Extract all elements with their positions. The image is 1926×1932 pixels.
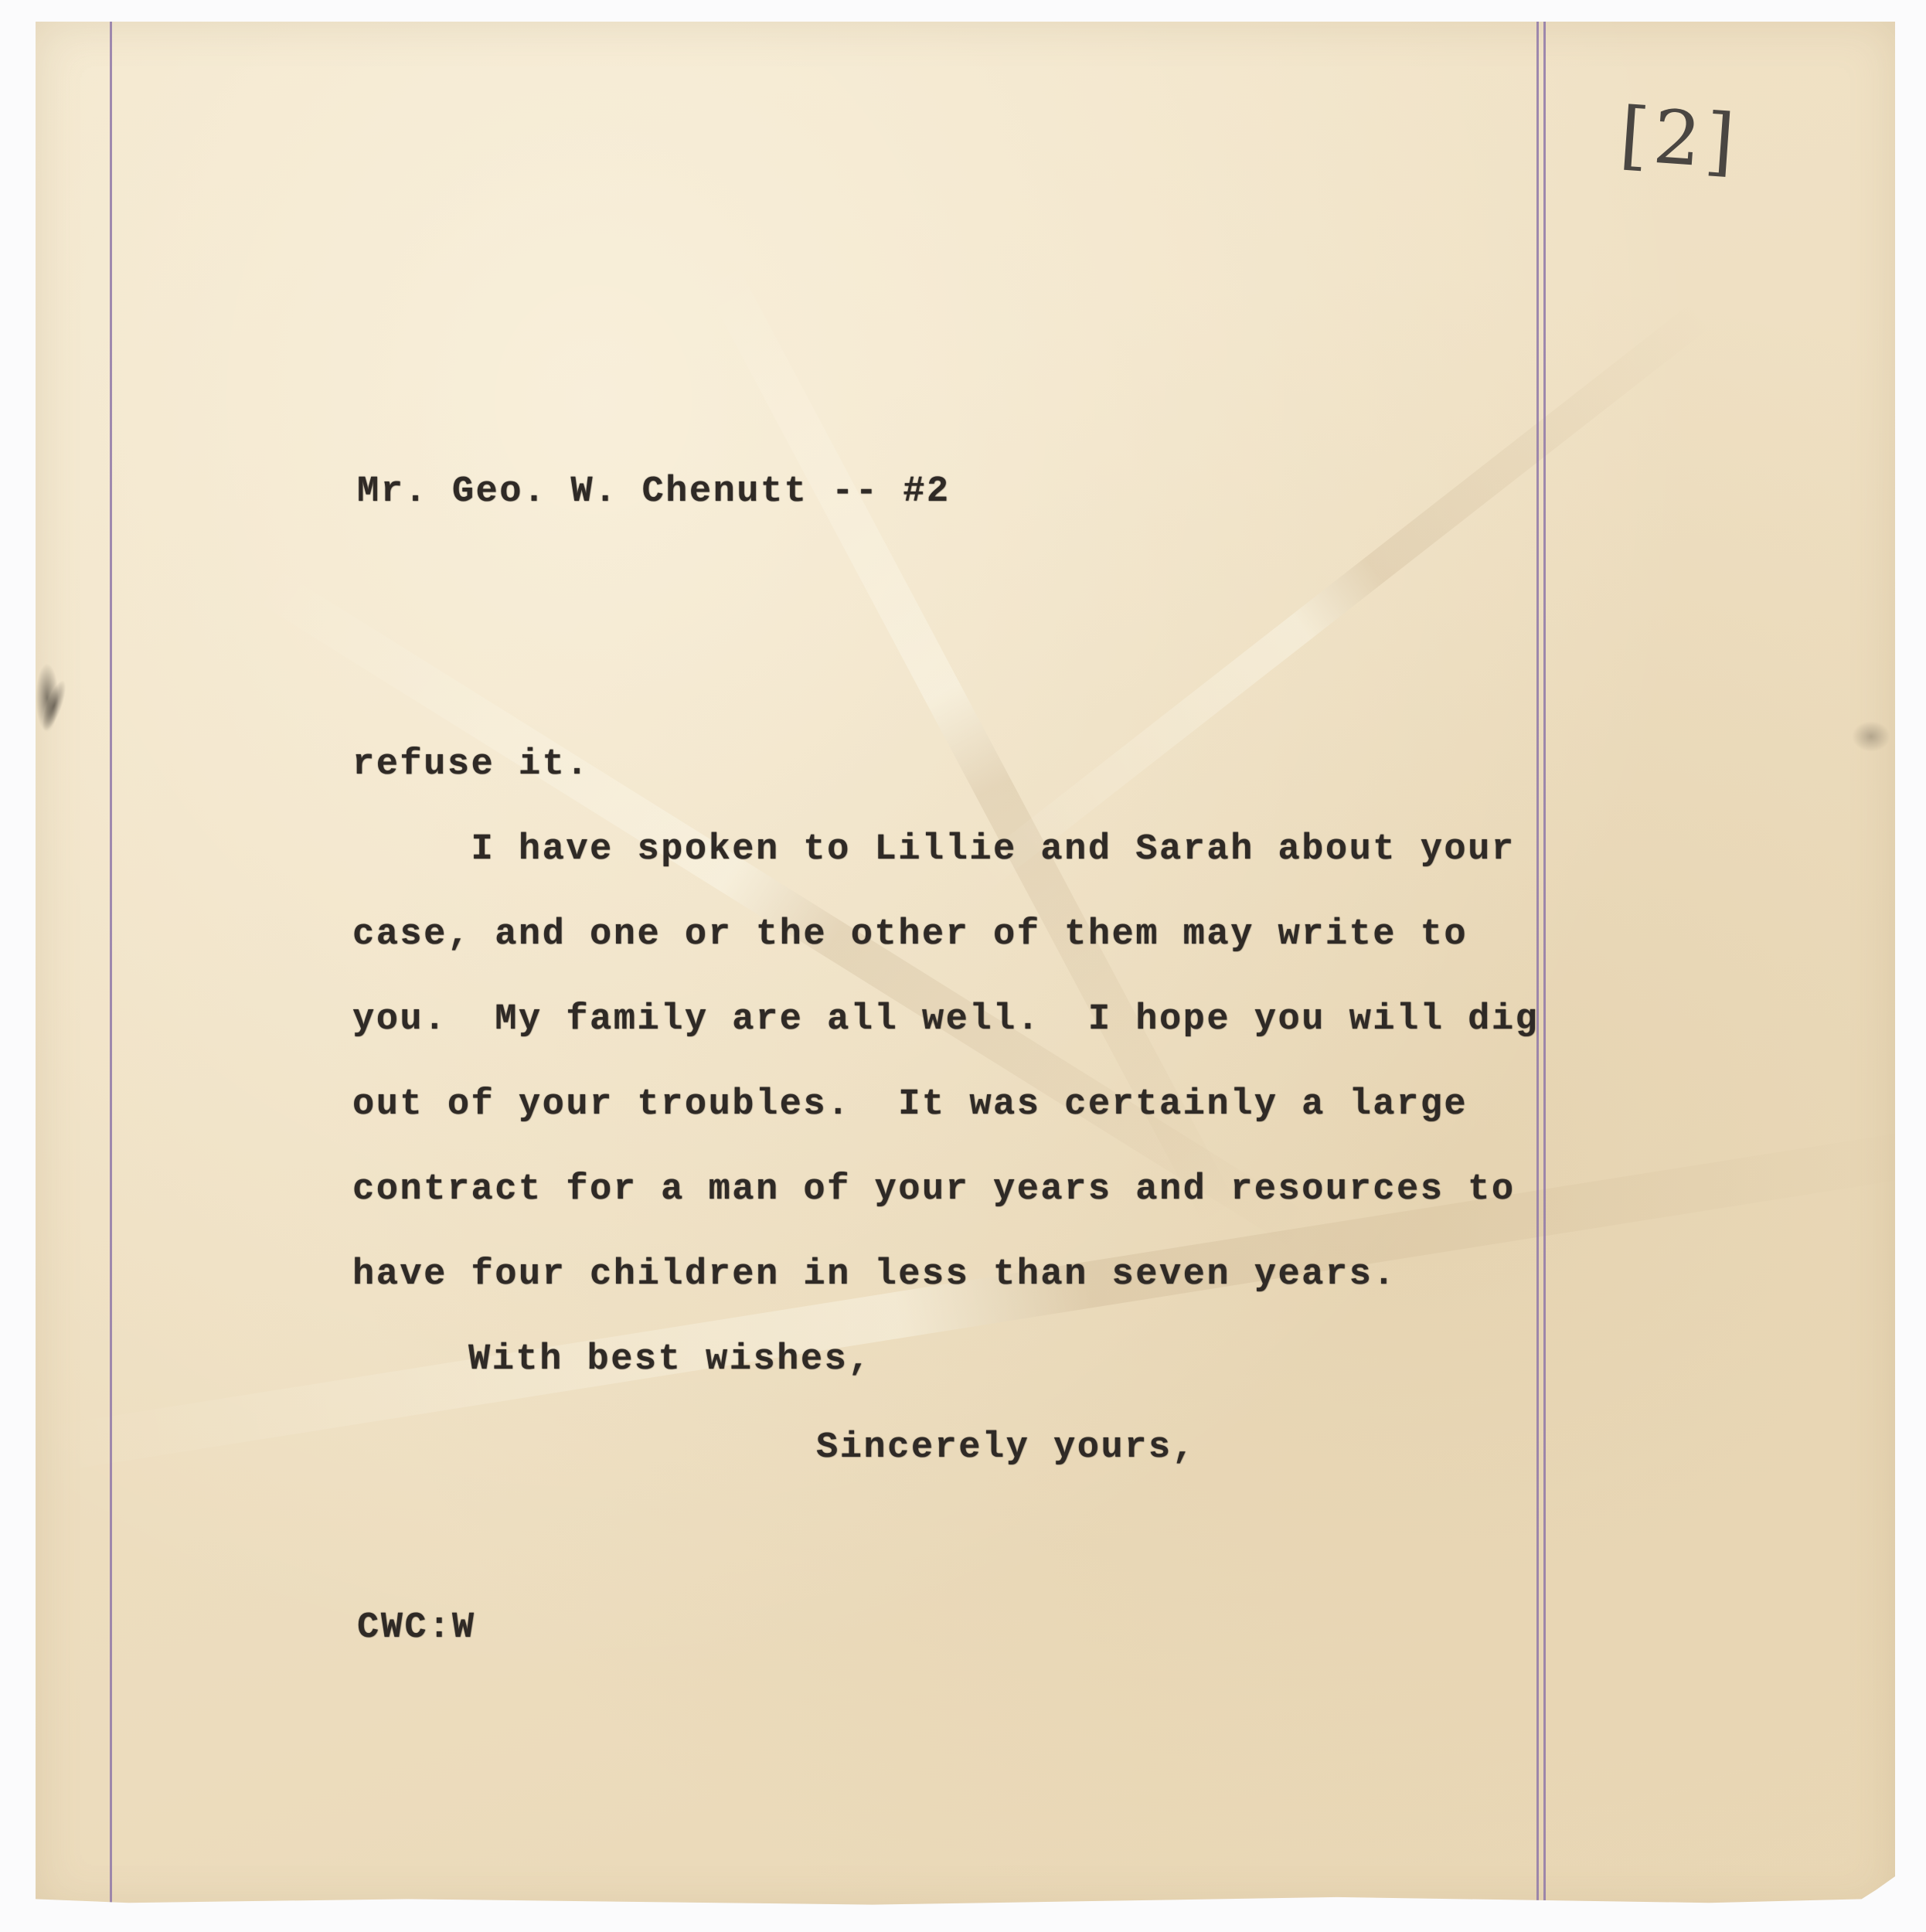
reference-initials: CWC:W bbox=[357, 1610, 476, 1646]
paper-crease bbox=[247, 563, 1316, 1250]
closing-greeting: With best wishes, bbox=[468, 1342, 872, 1378]
body-line-1: refuse it. bbox=[352, 747, 590, 783]
body-line-6: contract for a man of your years and res… bbox=[352, 1172, 1516, 1208]
left-margin-line bbox=[110, 22, 112, 1910]
ink-smudge bbox=[1852, 721, 1890, 752]
body-line-2: I have spoken to Lillie and Sarah about … bbox=[352, 832, 1516, 868]
signoff: Sincerely yours, bbox=[816, 1430, 1196, 1466]
letter-header: Mr. Geo. W. Chenutt -- #2 bbox=[357, 474, 951, 510]
paper-crease bbox=[697, 253, 1239, 1227]
body-line-3: case, and one or the other of them may w… bbox=[352, 917, 1468, 953]
body-line-4: you. My family are all well. I hope you … bbox=[352, 1002, 1539, 1038]
right-margin-line-1 bbox=[1536, 22, 1539, 1910]
right-margin-line-2 bbox=[1543, 22, 1546, 1910]
body-line-5: out of your troubles. It was certainly a… bbox=[352, 1087, 1468, 1123]
letter-page: [2] Mr. Geo. W. Chenutt -- #2 refuse it.… bbox=[36, 22, 1895, 1910]
paper-crease bbox=[963, 301, 1713, 896]
body-line-7: have four children in less than seven ye… bbox=[352, 1257, 1397, 1293]
page-marker: [2] bbox=[1617, 91, 1741, 185]
